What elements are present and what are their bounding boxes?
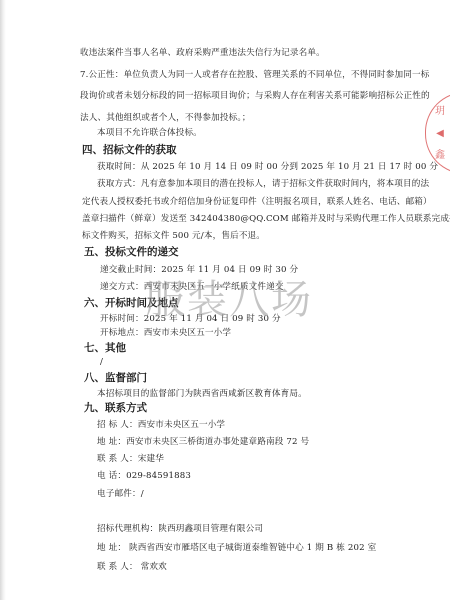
supervisor-content: 本招标项目的监督部门为陕西省西咸新区教育体育局。: [97, 388, 307, 400]
tenderer-email: 电子邮件：/: [97, 488, 144, 500]
text-line: 法人、其他组织或者个人，不得参加投标。；: [80, 112, 251, 124]
opening-place: 开标地点：西安市未央区五一小学: [100, 327, 231, 339]
text-line: 盖章扫描件（鲜章）发送至 342404380@QQ.COM 邮箱并及时与采购代理…: [82, 213, 450, 225]
tenderer-phone: 电 话：029-84591883: [97, 470, 191, 482]
section-heading-8: 八、监督部门: [84, 371, 147, 385]
text-line: 定代表人授权委托书或介绍信加身份证复印件（注明报名项目，联系人姓名、电话、邮箱）: [82, 196, 432, 208]
section-heading-7: 七、其他: [84, 341, 126, 355]
text-line: 本项目不允许联合体投标。: [97, 127, 202, 139]
tenderer-address: 地 址：西安市未央区三桥街道办事处建章路南段 72 号: [97, 436, 309, 448]
text-line: 收违法案件当事人名单、政府采购严重违法失信行为记录名单。: [80, 47, 325, 59]
tenderer: 招 标 人：西安市未央区五一小学: [97, 419, 225, 431]
text-line: 段询价或者未划分标段的同一招标项目询价；与采购人存在利害关系可能影响招标公正性的: [80, 90, 430, 102]
other-content: /: [100, 356, 103, 368]
watermark: 服装八场: [145, 277, 313, 323]
agency-address: 地 址： 陕西省西安市雁塔区电子城街道泰维智链中心 1 期 B 栋 202 室: [97, 542, 376, 554]
acquisition-time: 获取时间：从 2025 年 10 月 14 日 09 时 00 分到 2025 …: [97, 161, 438, 173]
acquisition-method: 获取方式：凡有意参加本项目的潜在投标人，请于招标文件获取时间内，将本项目的法: [97, 178, 429, 190]
agency-name: 招标代理机构：陕西玥鑫项目管理有限公司: [97, 523, 263, 535]
stamp-text: 玥 ◀ 鑫: [430, 101, 450, 167]
submission-deadline: 递交截止时间：2025 年 11 月 04 日 09 时 30 分: [100, 264, 298, 276]
section-heading-4: 四、招标文件的获取: [82, 143, 177, 157]
section-heading-9: 九、联系方式: [84, 401, 147, 415]
section-heading-5: 五、投标文件的递交: [84, 245, 179, 259]
tenderer-contact: 联 系 人：宋建华: [97, 453, 164, 465]
text-line: 7.公正性：单位负责人为同一人或者存在控股、管理关系的不同单位，不得同时参加同一…: [80, 69, 430, 81]
text-line: 标文件购买，招标文件 500 元/本，售后不退。: [82, 230, 265, 242]
agency-contact: 联 系 人： 常欢欢: [97, 561, 167, 573]
